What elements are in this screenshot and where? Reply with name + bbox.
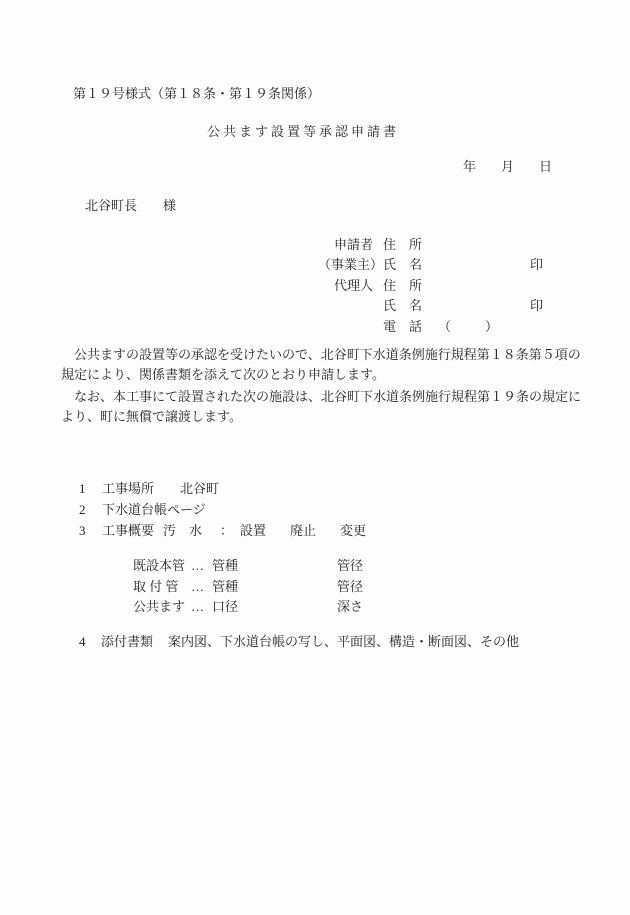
applicant-row: 氏 名 印 <box>0 297 630 315</box>
date-line: 年 月 日 <box>0 158 630 176</box>
list-item-work-location: 1 工事場所 北谷町 <box>0 480 630 498</box>
phone-paren-open: （ <box>438 318 451 335</box>
item-number: 2 <box>79 501 86 518</box>
pipe-name: 取 付 管 <box>133 578 179 595</box>
field-label-phone: 電 話 <box>383 318 422 335</box>
ellipsis: … <box>191 557 204 574</box>
item-label: 添付書類 <box>101 633 153 650</box>
pipe-name: 既設本管 <box>133 557 185 574</box>
item-number: 1 <box>79 480 86 497</box>
month-label: 月 <box>501 158 514 175</box>
pipe-field2: 管径 <box>337 578 363 595</box>
day-label: 日 <box>539 158 552 175</box>
field-label-name: 氏 名 <box>383 297 422 314</box>
pipe-field1: 口径 <box>212 598 238 615</box>
paragraph-line: 規定により、関係書類を添えて次のとおり申請します。 <box>61 366 385 384</box>
field-label-address: 住 所 <box>383 236 422 253</box>
work-option-abolish: 廃止 <box>290 522 316 539</box>
applicant-row: （事業主） 氏 名 印 <box>0 256 630 274</box>
item-number: 4 <box>79 633 86 650</box>
applicant-row: 電 話 （ ） <box>0 318 630 336</box>
field-label-name: 氏 名 <box>383 256 422 273</box>
ellipsis: … <box>191 578 204 595</box>
work-detail-row-public-basin: 公共ます … 口径 深さ <box>0 598 630 616</box>
application-form-page: 第１９号様式（第１８条・第１９条関係） 公共ます設置等承認申請書 年 月 日 北… <box>0 0 630 915</box>
seal-mark: 印 <box>530 297 543 314</box>
pipe-name: 公共ます <box>133 598 185 615</box>
applicant-row: 申請者 住 所 <box>0 236 630 254</box>
addressee-name: 北谷町長 <box>85 197 137 214</box>
item-value: 案内図、下水道台帳の写し、平面図、構造・断面図、その他 <box>168 633 519 650</box>
colon-separator: ： <box>220 522 233 539</box>
year-label: 年 <box>463 158 476 175</box>
document-title: 公共ます設置等承認申請書 <box>0 123 606 141</box>
paragraph-line: なお、本工事にて設置された次の施設は、北谷町下水道条例施行規程第１９条の規定に <box>61 388 581 406</box>
seal-mark: 印 <box>530 256 543 273</box>
applicant-role: 申請者 <box>334 236 373 253</box>
water-type-label: 汚 水 <box>163 522 202 539</box>
pipe-field1: 管種 <box>212 578 238 595</box>
item-value: 北谷町 <box>180 480 219 497</box>
ellipsis: … <box>191 598 204 615</box>
pipe-field2: 管径 <box>337 557 363 574</box>
work-option-change: 変更 <box>340 522 366 539</box>
addressee-line: 北谷町長 様 <box>0 197 630 215</box>
list-item-attachments: 4 添付書類 案内図、下水道台帳の写し、平面図、構造・断面図、その他 <box>0 633 630 651</box>
item-label: 下水道台帳ページ <box>102 501 206 518</box>
list-item-work-summary: 3 工事概要 汚 水 ： 設置 廃止 変更 <box>0 522 630 540</box>
list-item-ledger-page: 2 下水道台帳ページ <box>0 501 630 519</box>
item-label: 工事概要 <box>102 522 154 539</box>
work-detail-row-service-pipe: 取 付 管 … 管種 管径 <box>0 578 630 596</box>
applicant-role: （事業主） <box>318 256 383 273</box>
paragraph-line: 公共ますの設置等の承認を受けたいので、北谷町下水道条例施行規程第１８条第５項の <box>61 346 581 364</box>
item-number: 3 <box>79 522 86 539</box>
applicant-row: 代理人 住 所 <box>0 277 630 295</box>
phone-paren-close: ） <box>485 318 498 335</box>
field-label-address: 住 所 <box>383 277 422 294</box>
applicant-role: 代理人 <box>334 277 373 294</box>
pipe-field1: 管種 <box>212 557 238 574</box>
form-number: 第１９号様式（第１８条・第１９条関係） <box>73 85 320 103</box>
addressee-honorific: 様 <box>163 197 176 214</box>
paragraph-line: より、町に無償で譲渡します。 <box>61 408 242 426</box>
item-label: 工事場所 <box>102 480 154 497</box>
pipe-field2: 深さ <box>337 598 363 615</box>
work-detail-row-existing-main: 既設本管 … 管種 管径 <box>0 557 630 575</box>
work-option-install: 設置 <box>240 522 266 539</box>
